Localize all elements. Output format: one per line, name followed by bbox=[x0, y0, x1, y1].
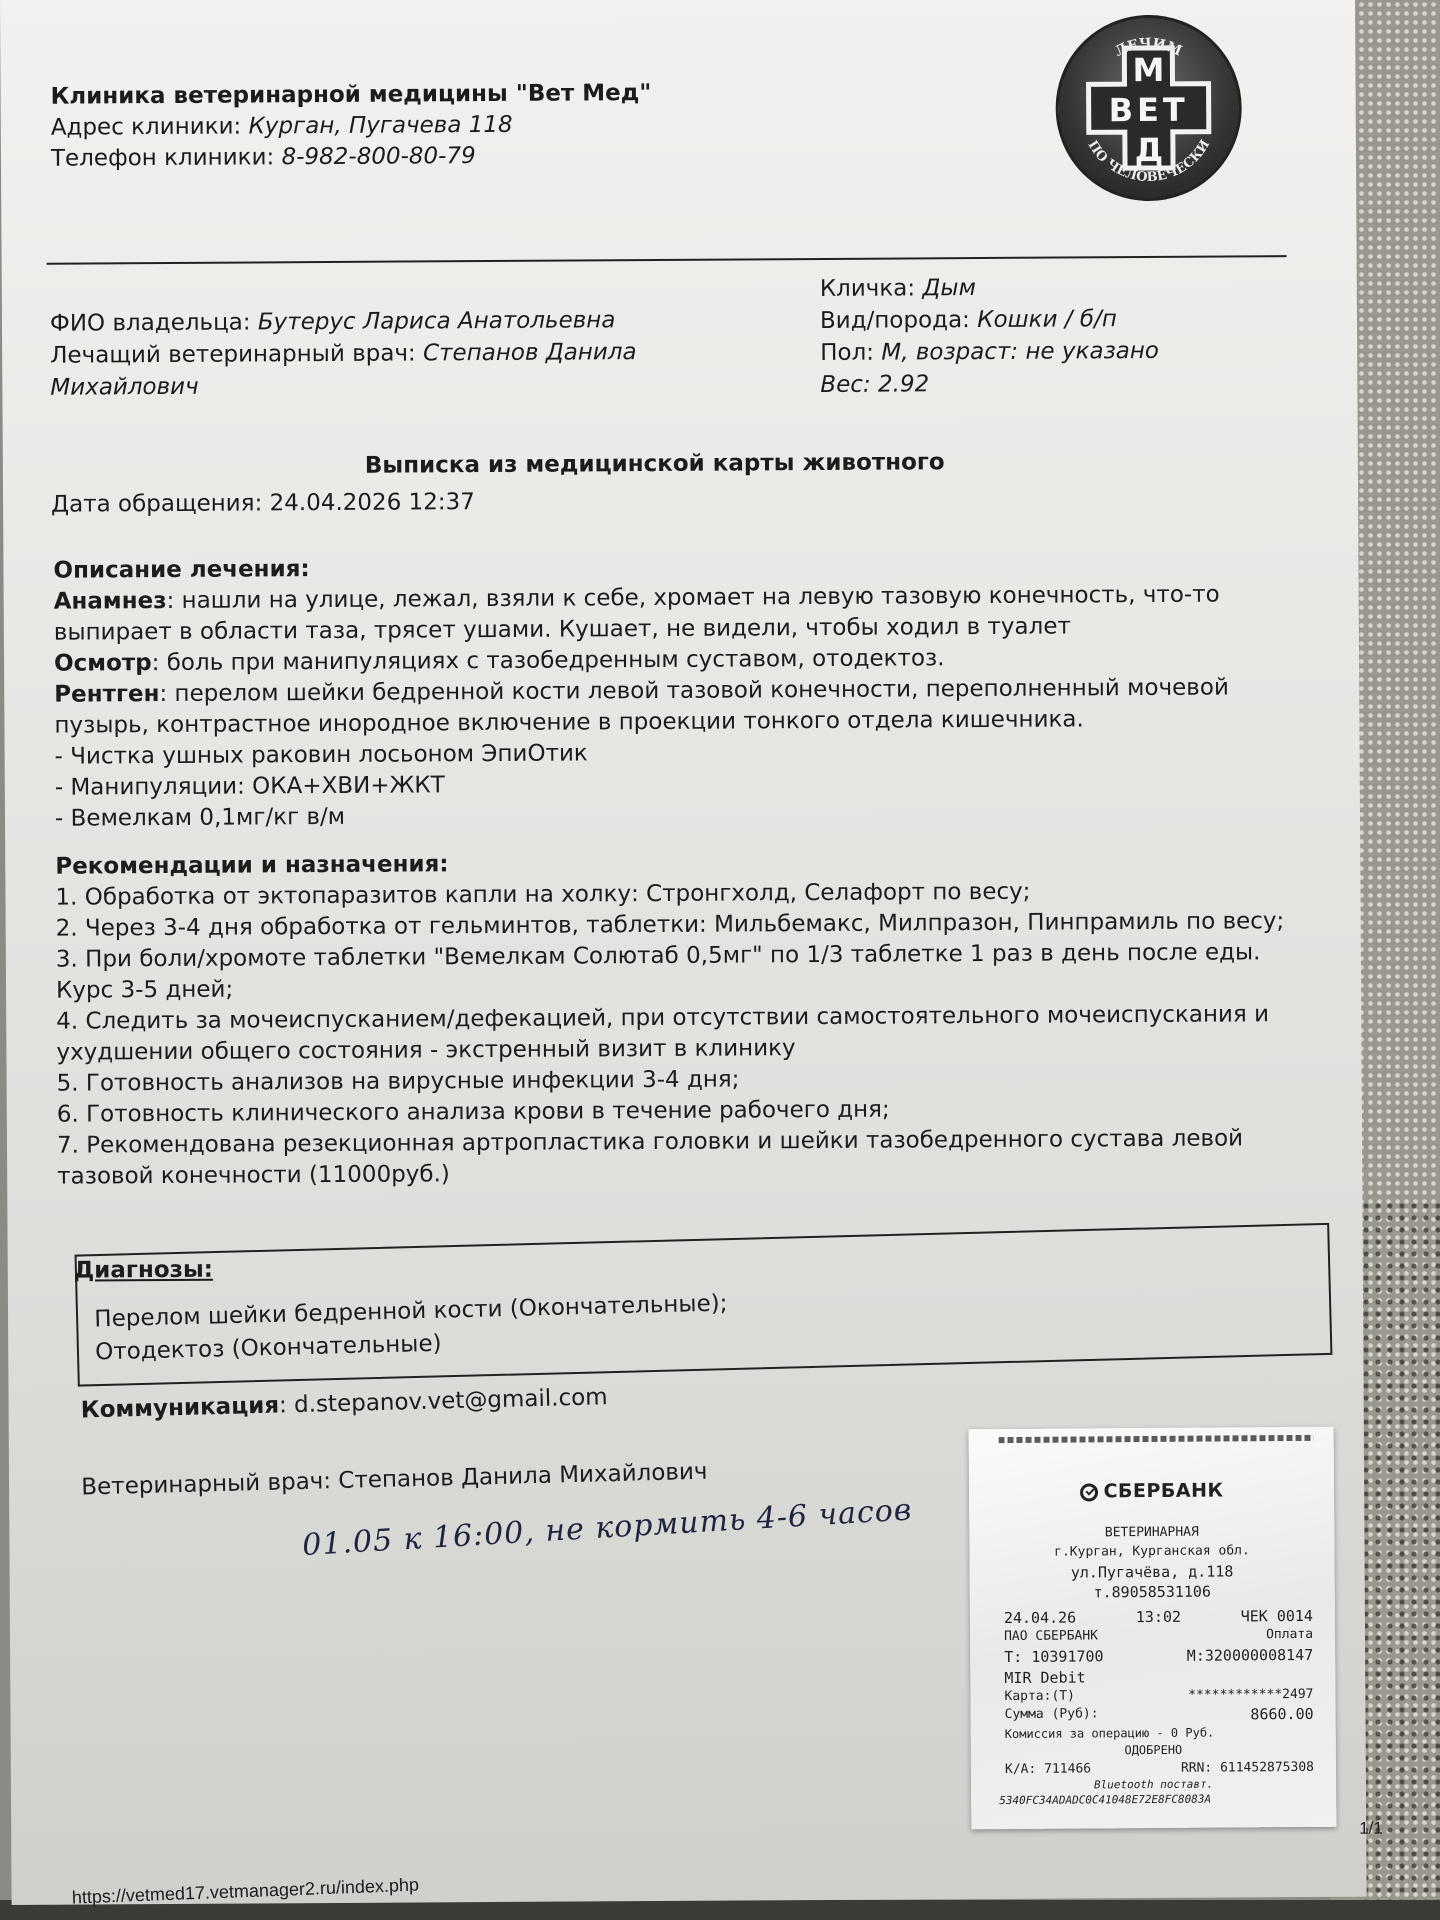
owner-name: ФИО владельца: Бутерус Лариса Анатольевн… bbox=[50, 303, 770, 339]
receipt-city: г.Курган, Курганская обл. bbox=[969, 1543, 1334, 1561]
visit-date: Дата обращения: 24.04.2026 12:37 bbox=[51, 489, 475, 518]
receipt-commission: Комиссия за операцию - 0 Руб. bbox=[1005, 1726, 1215, 1741]
svg-text:ВЕТ: ВЕТ bbox=[1109, 91, 1189, 129]
recommendation-item: 3. При боли/хромоте таблетки "Вемелкам С… bbox=[56, 937, 1296, 1007]
pet-species: Вид/порода: Кошки / б/п bbox=[820, 303, 1159, 337]
clinic-address: Адрес клиники: Курган, Пугачева 118 bbox=[51, 109, 652, 144]
recommendation-item: 4. Следить за мочеиспусканием/дефекацией… bbox=[56, 999, 1296, 1069]
doctor-email[interactable]: : d.stepanov.vet@gmail.com bbox=[279, 1384, 608, 1418]
treatment-section: Описание лечения: Анамнез: нашли на улиц… bbox=[53, 548, 1295, 835]
receipt-status: ОДОБРЕНО bbox=[971, 1742, 1336, 1759]
page-number: 1/1 bbox=[1359, 1819, 1383, 1839]
receipt-card-row: Карта:(T) ************2497 bbox=[1004, 1687, 1313, 1704]
document-title: Выписка из медицинской карты животного bbox=[365, 449, 945, 479]
receipt-terminal-row: Т: 10391700 М:320000008147 bbox=[1004, 1646, 1313, 1666]
receipt-phone: т.89058531106 bbox=[970, 1582, 1335, 1603]
diagnoses-heading: Диагнозы: bbox=[74, 1257, 213, 1284]
clinic-logo: М ВЕТ Д ЛЕЧИМ ПО ЧЕЛОВЕЧЕСКИ bbox=[1055, 14, 1242, 201]
doctor-signature-line: Ветеринарный врач: Степанов Данила Михай… bbox=[81, 1459, 708, 1501]
pet-info: Кличка: Дым Вид/порода: Кошки / б/п Пол:… bbox=[820, 271, 1160, 401]
receipt-merchant: ВЕТЕРИНАРНАЯ bbox=[969, 1524, 1334, 1542]
receipt-hash: 5340FC34ADADC0C41048E72E8FC8083A bbox=[999, 1793, 1211, 1807]
recommendation-item: 7. Рекомендована резекционная артропласт… bbox=[57, 1123, 1297, 1193]
receipt-sum-row: Сумма (Руб): 8660.00 bbox=[1005, 1705, 1314, 1725]
recommendations-section: Рекомендации и назначения: 1. Обработка … bbox=[55, 844, 1297, 1193]
receipt-bank-logo: СБЕРБАНК bbox=[969, 1479, 1334, 1504]
clinic-header: Клиника ветеринарной медицины "Вет Мед" … bbox=[50, 78, 651, 175]
procedure-item: - Вемелкам 0,1мг/кг в/м bbox=[55, 796, 1295, 835]
xray: Рентген: перелом шейки бедренной кости л… bbox=[54, 672, 1294, 742]
receipt-auth-row: К/А: 711466 RRN: 611452875308 bbox=[1005, 1760, 1314, 1777]
handwritten-note: 01.05 к 16:00, не кормить 4-6 часов bbox=[301, 1492, 913, 1563]
svg-text:Д: Д bbox=[1135, 131, 1164, 169]
header-divider bbox=[47, 255, 1287, 265]
pet-name: Кличка: Дым bbox=[820, 271, 1159, 305]
pet-weight: Вес: 2.92 bbox=[820, 367, 1159, 401]
communication: Коммуникация: d.stepanov.vet@gmail.com bbox=[81, 1384, 608, 1423]
pet-sex-age: Пол: М, возраст: не указано bbox=[820, 335, 1159, 369]
receipt-tear-edge bbox=[999, 1435, 1314, 1443]
clinic-name: Клиника ветеринарной медицины "Вет Мед" bbox=[50, 78, 651, 113]
receipt-street: ул.Пугачёва, д.118 bbox=[970, 1562, 1335, 1583]
svg-text:М: М bbox=[1132, 51, 1164, 89]
sber-check-icon bbox=[1080, 1483, 1098, 1501]
payment-receipt: СБЕРБАНК ВЕТЕРИНАРНАЯ г.Курган, Курганск… bbox=[969, 1427, 1337, 1830]
anamnesis: Анамнез: нашли на улице, лежал, взяли к … bbox=[54, 579, 1294, 649]
vet-cross-logo-icon: М ВЕТ Д ЛЕЧИМ ПО ЧЕЛОВЕЧЕСКИ bbox=[1058, 17, 1239, 198]
receipt-card-type: MIR Debit bbox=[1004, 1668, 1085, 1687]
background-lace-pattern bbox=[1360, 1200, 1440, 1920]
receipt-bluetooth: Bluetooth поставт. bbox=[971, 1777, 1336, 1793]
clinic-phone: Телефон клиники: 8-982-800-80-79 bbox=[51, 140, 652, 175]
receipt-bank-row: ПАО СБЕРБАНК Оплата bbox=[1004, 1627, 1313, 1644]
attending-doctor: Лечащий ветеринарный врач: Степанов Дани… bbox=[50, 335, 770, 403]
receipt-date-row: 24.04.26 13:02 ЧЕК 0014 bbox=[1004, 1607, 1313, 1627]
owner-info: ФИО владельца: Бутерус Лариса Анатольевн… bbox=[50, 303, 771, 403]
